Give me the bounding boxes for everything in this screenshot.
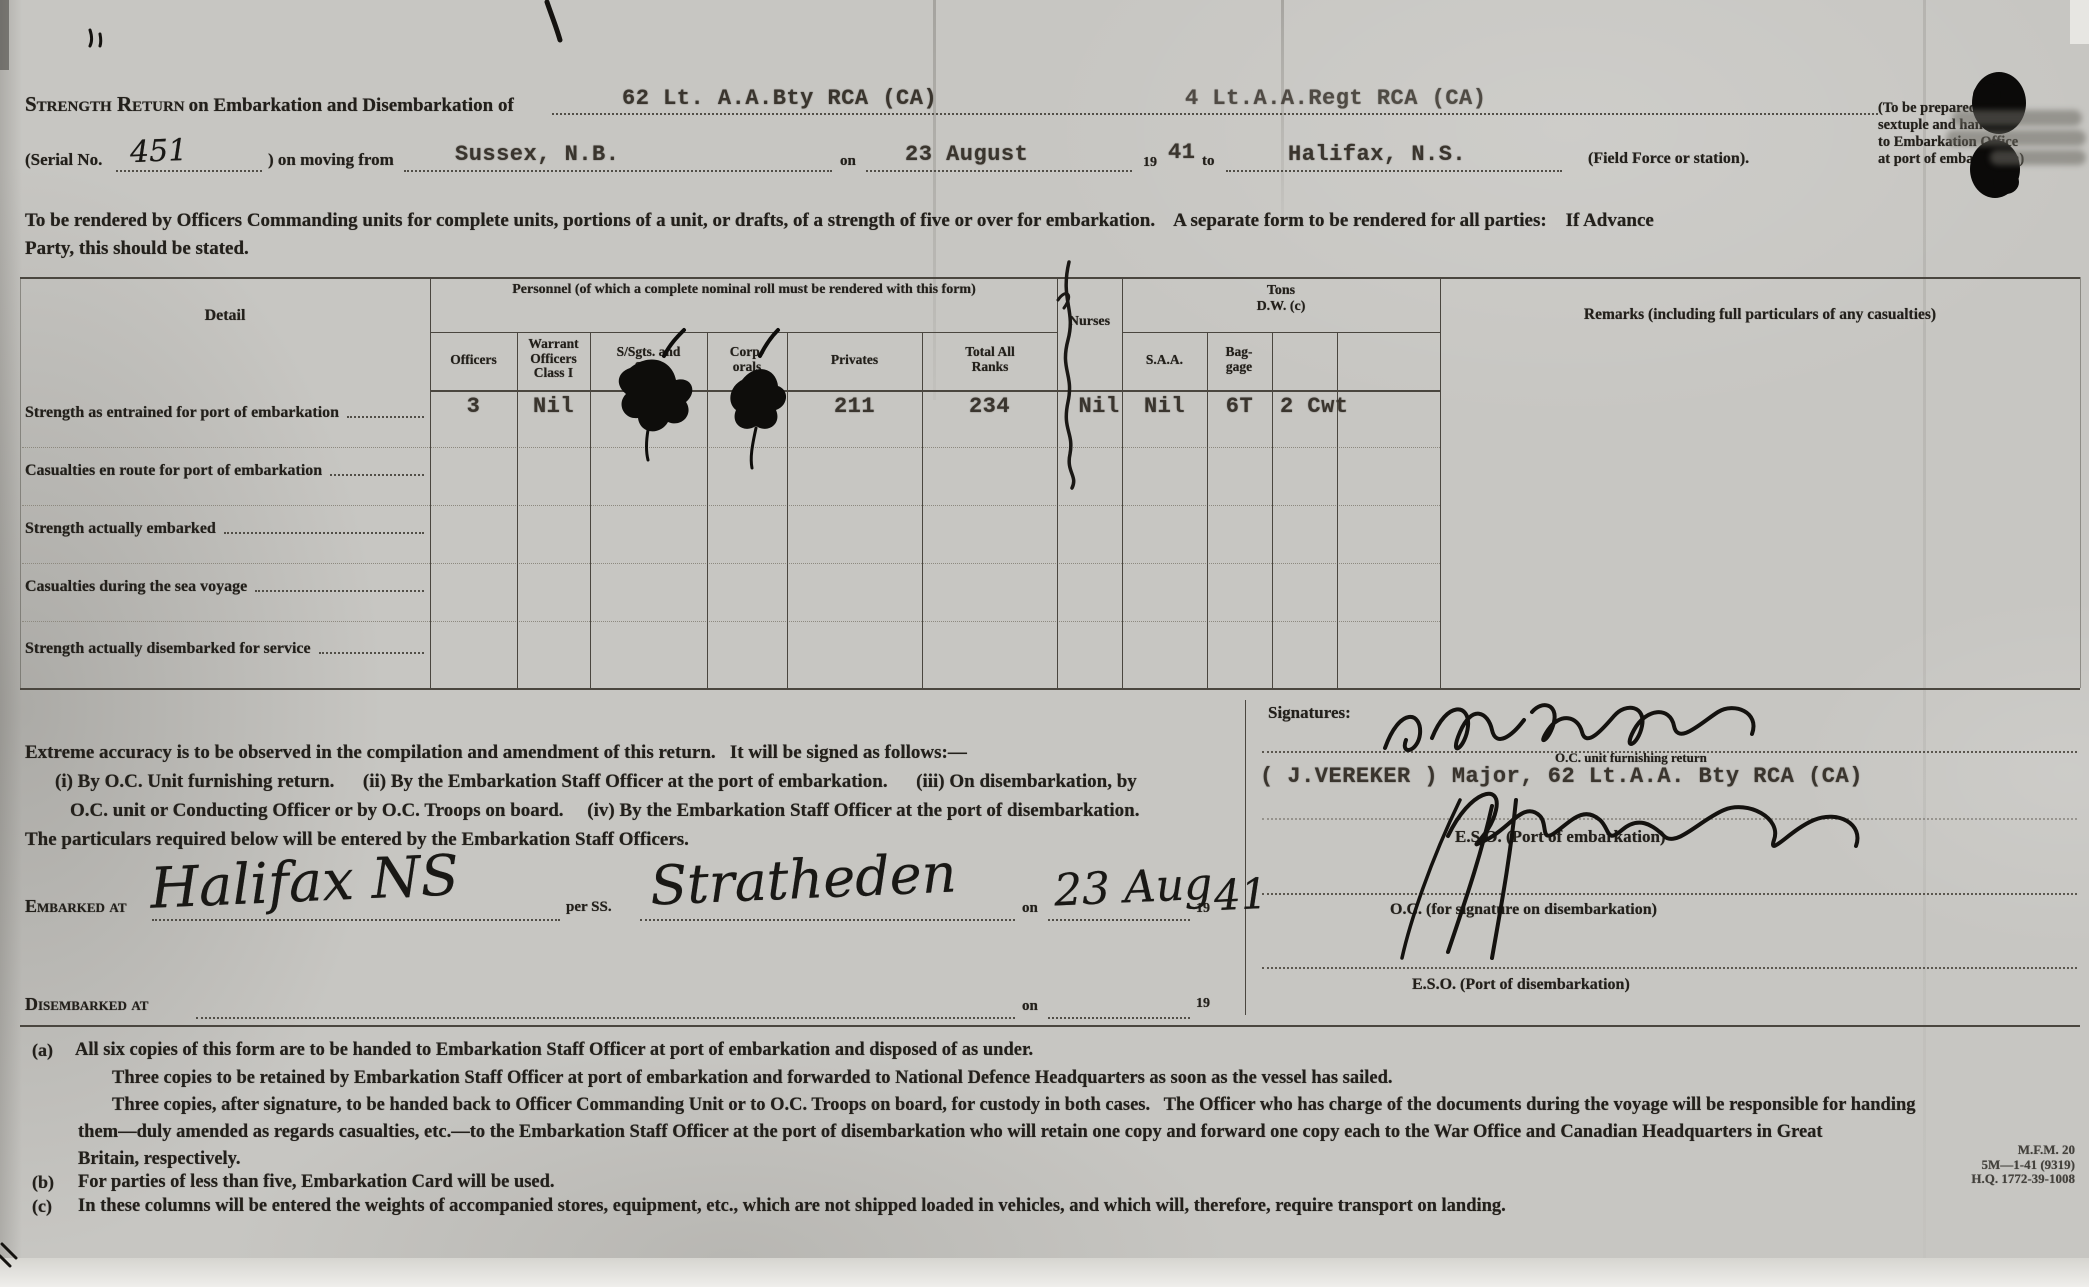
table-column-line: [590, 332, 591, 688]
year-typed: 41: [1168, 140, 1195, 165]
to-dotted-line: [1226, 170, 1562, 172]
embarked-on-label: on: [1022, 900, 1038, 917]
ink-smudge: [1946, 130, 2086, 146]
footnote-c-text: In these columns will be entered the wei…: [78, 1196, 1506, 1217]
col-header-ssgts: S/Sgts. and Sgts.: [608, 345, 689, 374]
table-column-line: [1272, 332, 1273, 688]
table-top-border: [20, 277, 2080, 279]
table-row-label: Strength actually embarked: [25, 520, 428, 538]
table-column-line: [787, 332, 788, 688]
move-date-typed: 23 August: [905, 142, 1028, 167]
table-column-line: [1337, 332, 1338, 688]
signatures-panel-border: [1245, 700, 1246, 1015]
moving-from-label: ) on moving from: [268, 150, 394, 170]
cell-total: 234: [922, 394, 1057, 419]
from-place-typed: Sussex, N.B.: [455, 142, 619, 167]
print-code-line: M.F.M. 20: [1890, 1143, 2075, 1158]
to-place-typed: Halifax, N.S.: [1288, 142, 1466, 167]
table-column-line: [707, 332, 708, 688]
footnote-b-label: (b): [32, 1172, 54, 1193]
print-code-line: 5M—1-41 (9319): [1890, 1158, 2075, 1173]
form-title-rest: on Embarkation and Disembarkation of: [189, 95, 514, 116]
table-column-line: [1207, 332, 1208, 688]
table-row-separator: [22, 621, 1440, 622]
oc-disembarkation-label: O.C. (for signature on disembarkation): [1390, 901, 1657, 919]
embarked-at-label: Embarked at: [25, 896, 127, 917]
table-row-separator: [22, 505, 1440, 506]
signature-line-oc-disembark: [1262, 893, 2077, 895]
disembarked-date-line: [1048, 1017, 1190, 1019]
table-row-separator: [22, 447, 1440, 448]
footnote-a-line: Three copies, after signature, to be han…: [112, 1095, 1916, 1116]
form-title: Strength Return on Embarkation and Disem…: [25, 92, 514, 117]
table-column-line: [1057, 277, 1058, 688]
ship-name-handwritten: Stratheden: [649, 841, 958, 917]
col-header-baggage: Bag-gage: [1213, 345, 1265, 374]
table-row-label: Strength actually disembarked for servic…: [25, 640, 428, 658]
table-group-underline: [430, 332, 1057, 333]
instructions-line: To be rendered by Officers Commanding un…: [25, 210, 1654, 232]
table-column-line: [1440, 277, 1441, 688]
table-header-underline: [430, 390, 1440, 392]
fold-crease: [933, 0, 936, 400]
footnote-a-label: (a): [32, 1040, 53, 1061]
footnote-a-line: All six copies of this form are to be ha…: [75, 1040, 1033, 1061]
table-group-underline: [1122, 332, 1440, 333]
scanned-form: Strength Return on Embarkation and Disem…: [0, 0, 2089, 1287]
signature-line-eso-embark: [1262, 818, 2077, 820]
table-column-line: [1122, 277, 1123, 688]
col-header-officers: Officers: [430, 352, 517, 368]
ship-line: [640, 919, 1015, 921]
scan-edge-corner: [2070, 0, 2089, 44]
signatures-header: Signatures:: [1268, 703, 1351, 723]
cell-officers: 3: [430, 394, 517, 419]
accuracy-line: O.C. unit or Conducting Officer or by O.…: [70, 800, 1139, 822]
cell-tons-other: 2 Cwt: [1280, 394, 1349, 419]
cell-nurses: Nil: [1068, 394, 1130, 419]
station-note: (Field Force or station).: [1588, 150, 1749, 168]
year-printed: 19: [1143, 155, 1157, 171]
embarked-year-handwritten: 41: [1213, 869, 1269, 920]
footnote-a-line: Britain, respectively.: [78, 1149, 241, 1170]
ink-smudge: [1990, 150, 2086, 165]
pen-stroke-nurses-hook: [1058, 294, 1069, 308]
col-header-saa: S.A.A.: [1122, 352, 1207, 368]
embarked-place-line: [152, 919, 560, 921]
detail-header: Detail: [20, 307, 430, 325]
table-column-line: [517, 332, 518, 688]
col-header-corporals: Corp-orals: [717, 345, 777, 374]
cell-saa: Nil: [1122, 394, 1207, 419]
cell-warrant: Nil: [517, 394, 590, 419]
signature-oc-unit: [1385, 705, 1753, 750]
serial-label: (Serial No.: [25, 150, 102, 170]
cell-privates: 211: [787, 394, 922, 419]
disembarked-year-printed: 19: [1196, 996, 1210, 1012]
footnote-c-label: (c): [32, 1196, 52, 1217]
tons-header-line2: D.W. (c): [1122, 299, 1440, 315]
footnote-a-line: them—duly amended as regards casualties,…: [78, 1122, 1823, 1143]
table-column-line: [430, 277, 431, 688]
footnote-b-text: For parties of less than five, Embarkati…: [78, 1172, 555, 1193]
from-dotted-line: [404, 170, 832, 172]
col-header-total: Total All Ranks: [954, 345, 1026, 374]
embarked-date-handwritten: 23 Aug: [1053, 859, 1213, 917]
title-dotted-line: [552, 113, 1878, 115]
table-bottom-border: [20, 688, 2080, 690]
eso-embarkation-label: E.S.O. (Port of embarkation): [1455, 827, 1666, 847]
col-header-privates: Privates: [787, 352, 922, 368]
table-row-label: Strength as entrained for port of embark…: [25, 404, 428, 422]
serial-number-handwritten: 451: [129, 133, 188, 170]
pen-stroke-nurses: [1065, 262, 1073, 488]
date-dotted-line: [866, 170, 1132, 172]
cell-baggage: 6T: [1207, 394, 1272, 419]
form-title-smallcaps: Strength Return: [25, 92, 185, 116]
table-row-separator: [22, 563, 1440, 564]
per-ss-label: per SS.: [566, 899, 612, 916]
on-label: on: [840, 153, 856, 170]
signatory-typed-line: ( J.VEREKER ) Major, 62 Lt.A.A. Bty RCA …: [1260, 764, 1863, 789]
ink-smudge: [1952, 110, 2082, 126]
unit-name-typed: 62 Lt. A.A.Bty RCA (CA): [622, 86, 937, 111]
remarks-header: Remarks (including full particulars of a…: [1440, 306, 2080, 324]
disembarked-on-label: on: [1022, 998, 1038, 1015]
scan-edge-bottom: [0, 1258, 2089, 1287]
accuracy-line: Extreme accuracy is to be observed in th…: [25, 742, 967, 764]
disembarked-at-label: Disembarked at: [25, 994, 148, 1015]
table-left-border: [20, 277, 21, 688]
table-row-label: Casualties en route for port of embarkat…: [25, 462, 428, 480]
serial-dotted-line: [116, 170, 262, 172]
col-header-warrant-officers: Warrant Officers Class I: [519, 337, 588, 381]
eso-disembarkation-label: E.S.O. (Port of disembarkation): [1412, 976, 1630, 994]
footnotes-separator: [20, 1025, 2080, 1027]
disembarked-place-line: [196, 1017, 1015, 1019]
embarked-date-line: [1048, 919, 1190, 921]
tons-header-line1: Tons: [1122, 283, 1440, 299]
footnote-a-line: Three copies to be retained by Embarkati…: [112, 1068, 1393, 1089]
signature-line-eso-disembark: [1262, 967, 2077, 969]
pen-slash: [547, 2, 560, 40]
print-code-line: H.Q. 1772-39-1008: [1890, 1172, 2075, 1187]
fold-crease: [1923, 0, 1926, 1287]
unit-name-typed-2: 4 Lt.A.A.Regt RCA (CA): [1185, 86, 1486, 111]
nurses-header: Nurses: [1052, 314, 1127, 330]
print-codes: M.F.M. 20 5M—1-41 (9319) H.Q. 1772-39-10…: [1890, 1143, 2075, 1187]
table-right-border: [2080, 277, 2081, 688]
table-row-label: Casualties during the sea voyage: [25, 578, 428, 596]
embarked-place-handwritten: Halifax NS: [149, 843, 460, 921]
pen-tick: [90, 30, 101, 46]
to-label: to: [1202, 153, 1215, 170]
accuracy-line: (i) By O.C. Unit furnishing return. (ii)…: [55, 771, 1137, 793]
table-column-line: [922, 332, 923, 688]
instructions-line: Party, this should be stated.: [25, 238, 249, 260]
scan-edge-left: [0, 0, 9, 70]
